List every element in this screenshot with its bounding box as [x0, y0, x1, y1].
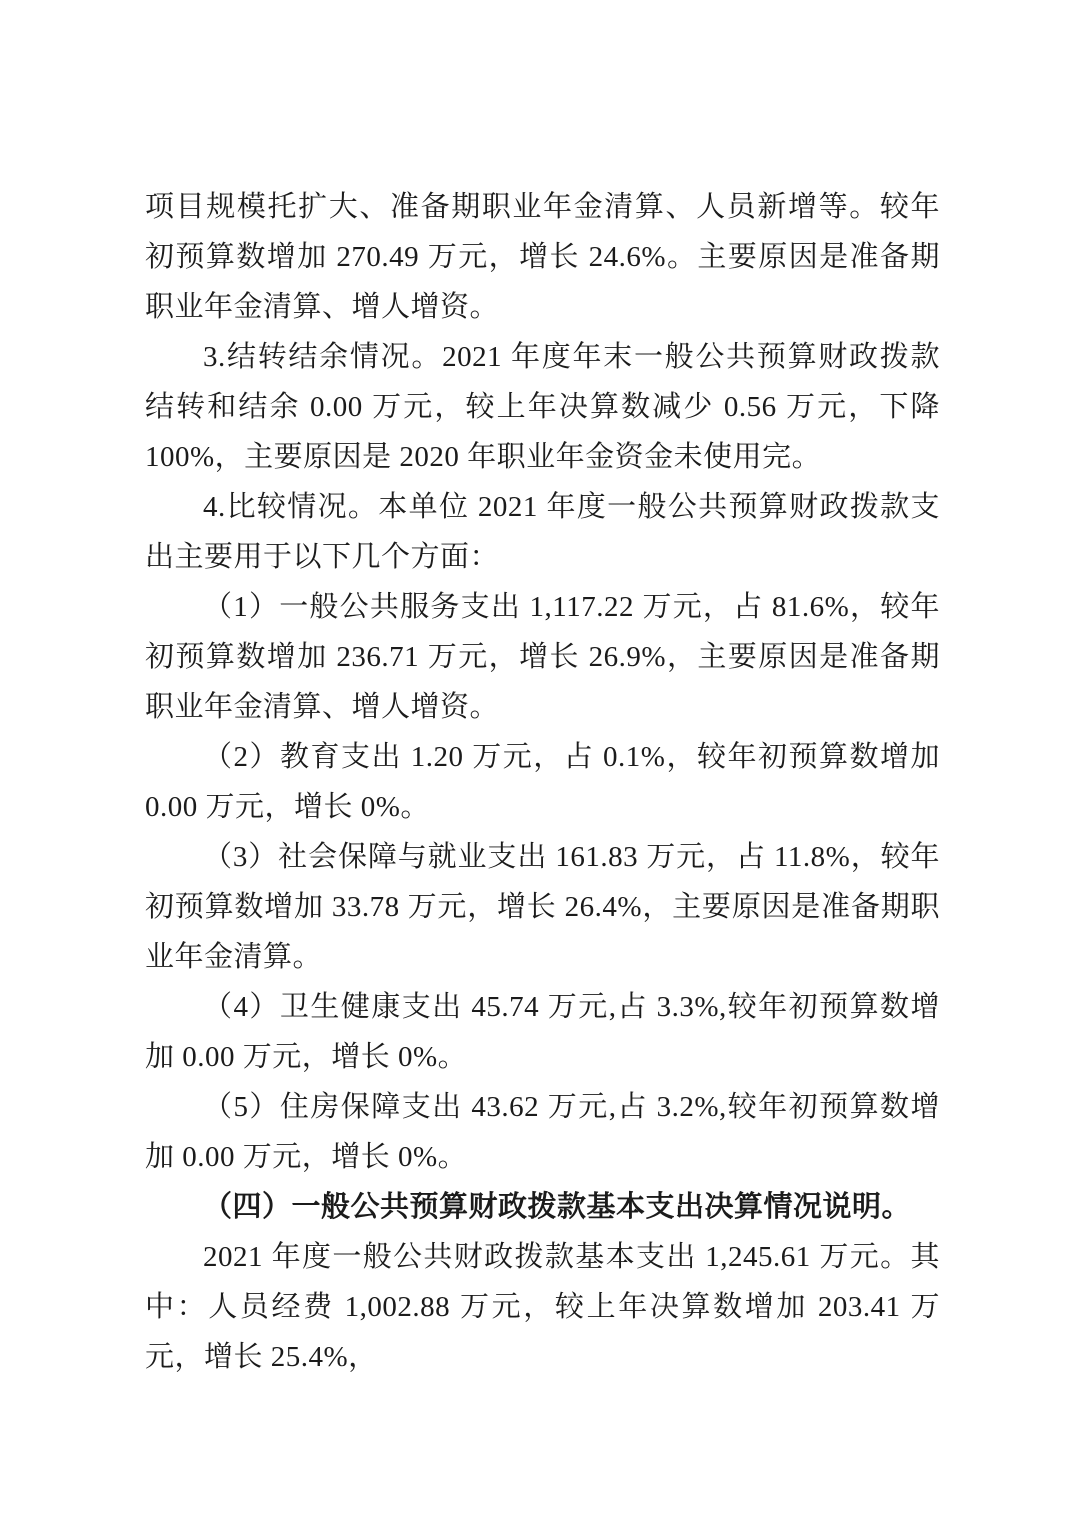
- paragraph-subitem-3-social-security: （3）社会保障与就业支出 161.83 万元，占 11.8%，较年初预算数增加 …: [145, 832, 940, 982]
- paragraph-subitem-4-health: （4）卫生健康支出 45.74 万元,占 3.3%,较年初预算数增加 0.00 …: [145, 982, 940, 1082]
- paragraph-basic-expenditure-detail: 2021 年度一般公共财政拨款基本支出 1,245.61 万元。其中：人员经费 …: [145, 1232, 940, 1382]
- paragraph-item-4-comparison: 4.比较情况。本单位 2021 年度一般公共预算财政拨款支出主要用于以下几个方面…: [145, 482, 940, 582]
- paragraph-subitem-5-housing: （5）住房保障支出 43.62 万元,占 3.2%,较年初预算数增加 0.00 …: [145, 1082, 940, 1182]
- paragraph-continuation: 项目规模托扩大、准备期职业年金清算、人员新增等。较年初预算数增加 270.49 …: [145, 182, 940, 332]
- paragraph-item-3-carryover: 3.结转结余情况。2021 年度年末一般公共预算财政拨款结转和结余 0.00 万…: [145, 332, 940, 482]
- document-body: 项目规模托扩大、准备期职业年金清算、人员新增等。较年初预算数增加 270.49 …: [145, 182, 940, 1382]
- paragraph-subitem-2-education: （2）教育支出 1.20 万元，占 0.1%，较年初预算数增加 0.00 万元，…: [145, 732, 940, 832]
- document-page: 项目规模托扩大、准备期职业年金清算、人员新增等。较年初预算数增加 270.49 …: [0, 0, 1074, 1520]
- paragraph-subitem-1-general-public-services: （1）一般公共服务支出 1,117.22 万元，占 81.6%，较年初预算数增加…: [145, 582, 940, 732]
- section-heading-basic-expenditure: （四）一般公共预算财政拨款基本支出决算情况说明。: [145, 1182, 940, 1232]
